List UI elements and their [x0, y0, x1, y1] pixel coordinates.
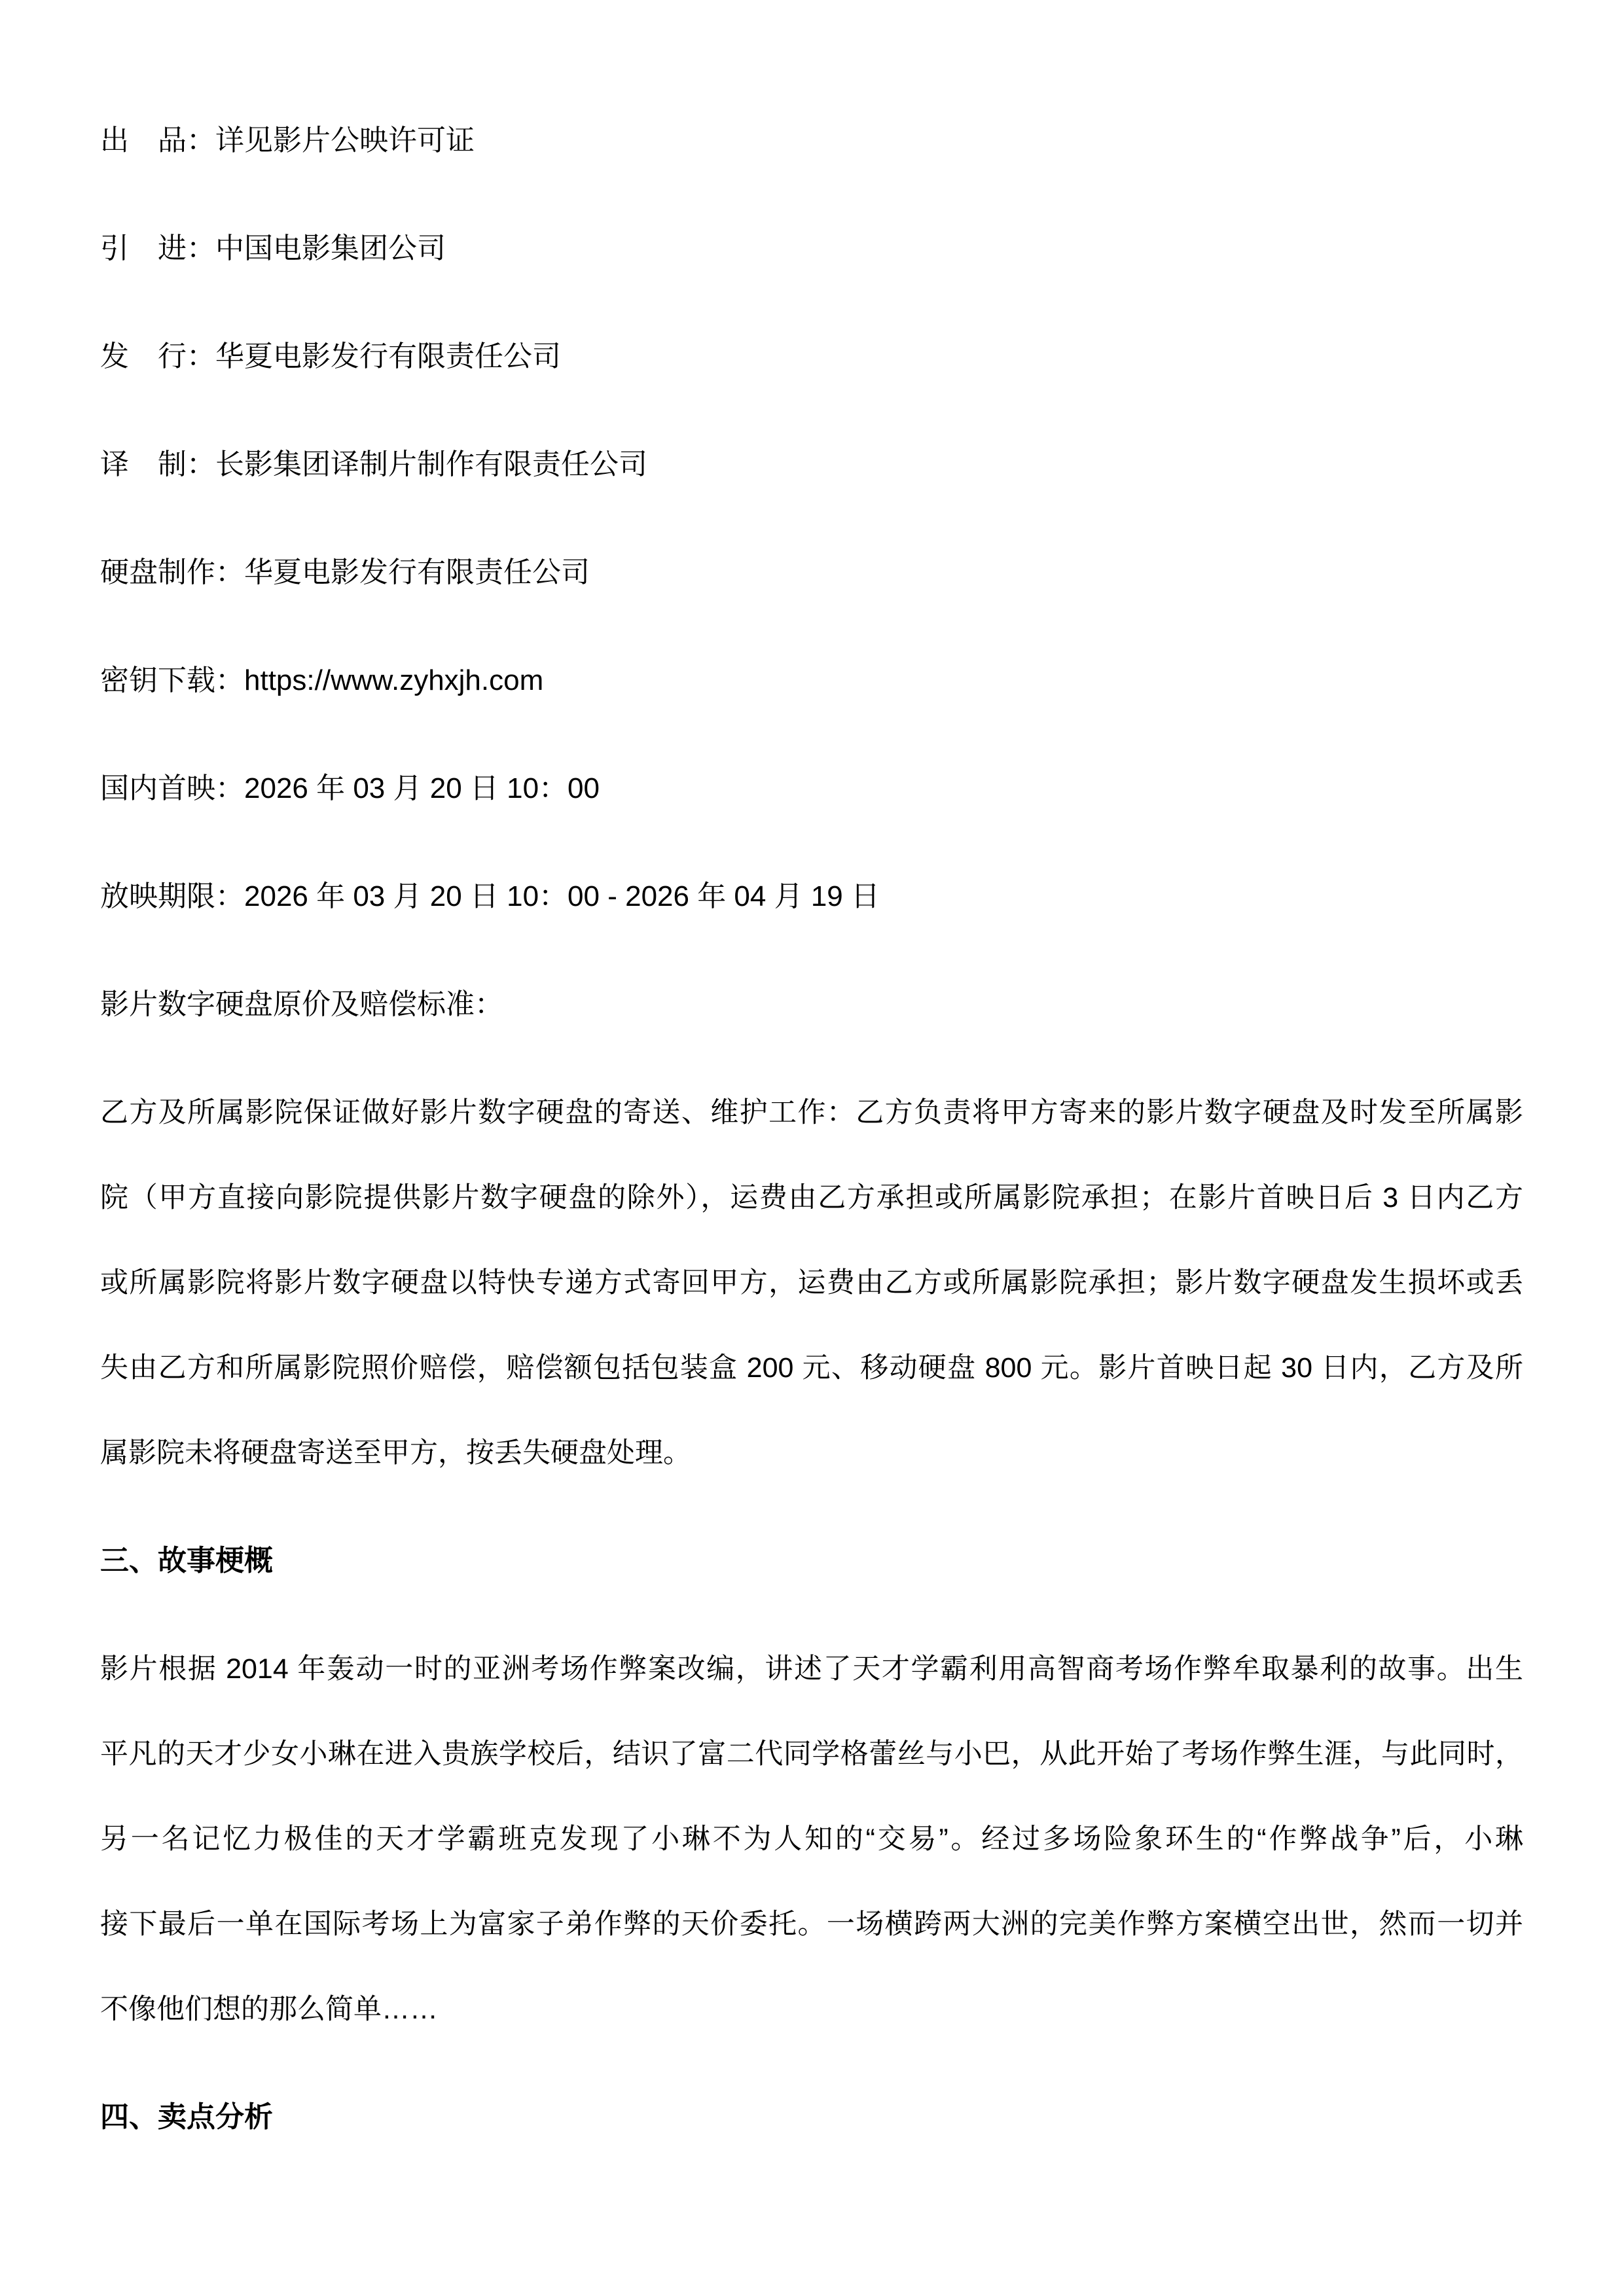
- credit-label: 发 行：: [100, 340, 215, 372]
- screening-period-range: 2026 年 03 月 20 日 10：00 - 2026 年 04 月 19 …: [244, 880, 880, 912]
- compensation-paragraph: 乙方及所属影院保证做好影片数字硬盘的寄送、维护工作：乙方负责将甲方寄来的影片数字…: [100, 1070, 1523, 1496]
- synopsis-paragraph: 影片根据 2014 年轰动一时的亚洲考场作弊案改编，讲述了天才学霸利用高智商考场…: [100, 1626, 1523, 2052]
- paragraph-line: 或所属影院将影片数字硬盘以特快专递方式寄回甲方，运费由乙方或所属影院承担；影片数…: [100, 1240, 1523, 1325]
- credit-value: 详见影片公映许可证: [215, 124, 475, 156]
- credit-value: 华夏电影发行有限责任公司: [244, 556, 590, 588]
- credit-line-importer: 引 进：中国电影集团公司: [100, 206, 1523, 291]
- credit-label: 译 制：: [100, 448, 215, 480]
- paragraph-line: 接下最后一单在国际考场上为富家子弟作弊的天价委托。一场横跨两大洲的完美作弊方案横…: [100, 1882, 1523, 1967]
- paragraph-line: 院（甲方直接向影院提供影片数字硬盘的除外），运费由乙方承担或所属影院承担；在影片…: [100, 1155, 1523, 1240]
- document-page: 出 品：详见影片公映许可证 引 进：中国电影集团公司 发 行：华夏电影发行有限责…: [0, 0, 1624, 2296]
- credit-label: 引 进：: [100, 232, 215, 264]
- paragraph-line: 属影院未将硬盘寄送至甲方，按丢失硬盘处理。: [100, 1410, 1523, 1496]
- paragraph-line: 不像他们想的那么简单……: [100, 1967, 1523, 2052]
- credit-line-screening-period: 放映期限：2026 年 03 月 20 日 10：00 - 2026 年 04 …: [100, 854, 1523, 939]
- premiere-datetime: 2026 年 03 月 20 日 10：00: [244, 772, 600, 804]
- credit-line-producer: 出 品：详见影片公映许可证: [100, 98, 1523, 183]
- credit-label: 密钥下载：: [100, 664, 244, 696]
- credit-line-key-download: 密钥下载：https://www.zyhxjh.com: [100, 638, 1523, 723]
- section-heading-selling-points: 四、卖点分析: [100, 2075, 1523, 2160]
- credit-line-distributor: 发 行：华夏电影发行有限责任公司: [100, 314, 1523, 399]
- key-download-url: https://www.zyhxjh.com: [244, 664, 543, 696]
- paragraph-line: 影片根据 2014 年轰动一时的亚洲考场作弊案改编，讲述了天才学霸利用高智商考场…: [100, 1626, 1523, 1712]
- paragraph-line: 另一名记忆力极佳的天才学霸班克发现了小琳不为人知的“交易”。经过多场险象环生的“…: [100, 1797, 1523, 1882]
- section-heading-synopsis: 三、故事梗概: [100, 1518, 1523, 1604]
- credit-label: 国内首映：: [100, 772, 244, 804]
- credit-value: 长影集团译制片制作有限责任公司: [215, 448, 647, 480]
- paragraph-line: 乙方及所属影院保证做好影片数字硬盘的寄送、维护工作：乙方负责将甲方寄来的影片数字…: [100, 1070, 1523, 1155]
- credit-value: 华夏电影发行有限责任公司: [215, 340, 561, 372]
- credit-line-domestic-premiere: 国内首映：2026 年 03 月 20 日 10：00: [100, 746, 1523, 831]
- credit-line-dubbing: 译 制：长影集团译制片制作有限责任公司: [100, 422, 1523, 507]
- credit-label: 放映期限：: [100, 880, 244, 912]
- credit-line-harddisk-production: 硬盘制作：华夏电影发行有限责任公司: [100, 530, 1523, 615]
- credit-label: 出 品：: [100, 124, 215, 156]
- paragraph-line: 平凡的天才少女小琳在进入贵族学校后，结识了富二代同学格蕾丝与小巴，从此开始了考场…: [100, 1712, 1523, 1797]
- credit-label: 硬盘制作：: [100, 556, 244, 588]
- credit-value: 中国电影集团公司: [215, 232, 446, 264]
- compensation-intro: 影片数字硬盘原价及赔偿标准：: [100, 962, 1523, 1047]
- paragraph-line: 失由乙方和所属影院照价赔偿，赔偿额包括包装盒 200 元、移动硬盘 800 元。…: [100, 1325, 1523, 1410]
